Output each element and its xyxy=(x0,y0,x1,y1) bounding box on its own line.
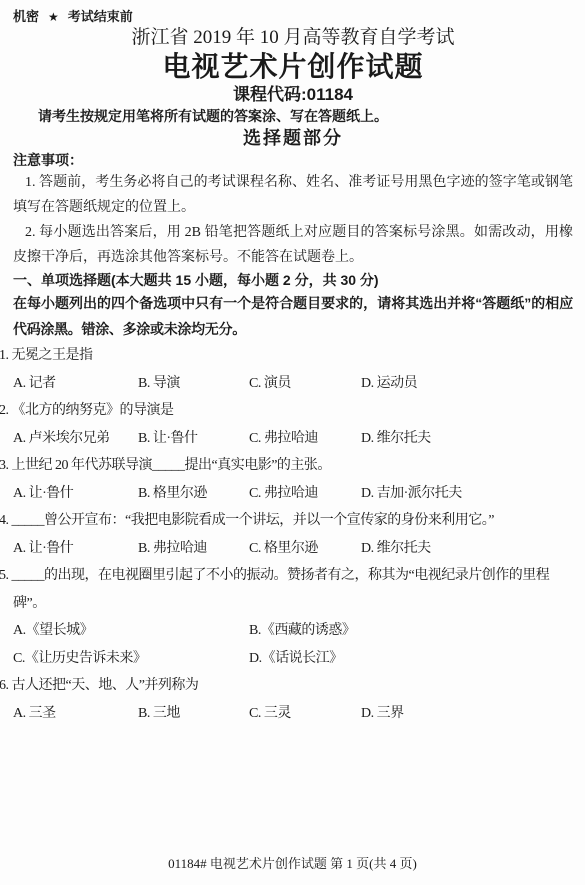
part1-instruction: 在每小题列出的四个备选项中只有一个是符合题目要求的，请将其选出并将“答题纸”的相… xyxy=(13,290,573,342)
page-footer: 01184# 电视艺术片创作试题 第 1 页(共 4 页) xyxy=(0,855,585,873)
question-body: 《北方的纳努克》的导演是 xyxy=(12,403,174,418)
question-text: 1. 无冕之王是指 xyxy=(13,342,573,370)
question-2: 2. 《北方的纳努克》的导演是 A. 卢米埃尔兄弟 B. 让·鲁什 C. 弗拉哈… xyxy=(13,397,573,452)
classification-label: 机密 xyxy=(13,9,39,24)
classification-line: 机密★考试结束前 xyxy=(13,8,573,26)
question-list: 1. 无冕之王是指 A. 记者 B. 导演 C. 演员 D. 运动员 2. 《北… xyxy=(13,342,573,727)
question-body: 上世纪 20 年代苏联导演_____提出“真实电影”的主张。 xyxy=(12,458,331,473)
option-b: B. 弗拉哈迪 xyxy=(138,535,249,563)
note-item-2: 2. 每小题选出答案后，用 2B 铅笔把答题纸上对应题目的答案标号涂黑。如需改动… xyxy=(13,220,573,270)
option-b: B. 三地 xyxy=(138,700,249,728)
part1-heading: 一、单项选择题(本大题共 15 小题，每小题 2 分，共 30 分) xyxy=(13,270,573,290)
note-item-1: 1. 答题前，考生务必将自己的考试课程名称、姓名、准考证号用黑色字迹的签字笔或钢… xyxy=(13,170,573,220)
option-a: A. 三圣 xyxy=(13,700,138,728)
question-4: 4. _____曾公开宣布：“我把电影院看成一个讲坛，并以一个宣传家的身份来利用… xyxy=(13,507,573,562)
question-3: 3. 上世纪 20 年代苏联导演_____提出“真实电影”的主张。 A. 让·鲁… xyxy=(13,452,573,507)
question-number: 6. xyxy=(0,678,9,693)
question-body: _____曾公开宣布：“我把电影院看成一个讲坛，并以一个宣传家的身份来利用它。” xyxy=(12,513,494,528)
course-code: 课程代码:01184 xyxy=(13,84,573,106)
option-b: B.《西藏的诱惑》 xyxy=(249,617,573,645)
notes-title: 注意事项： xyxy=(13,150,573,170)
question-text: 5. _____的出现，在电视圈里引起了不小的振动。赞扬者有之，称其为“电视纪录… xyxy=(13,562,573,617)
option-b: B. 导演 xyxy=(138,370,249,398)
question-6: 6. 古人还把“天、地、人”并列称为 A. 三圣 B. 三地 C. 三灵 D. … xyxy=(13,672,573,727)
option-c: C. 弗拉哈迪 xyxy=(249,425,361,453)
options-grid: A.《望长城》 B.《西藏的诱惑》 C.《让历史告诉未来》 D.《话说长江》 xyxy=(13,617,573,672)
question-number: 5. xyxy=(0,568,9,583)
options-row: A. 卢米埃尔兄弟 B. 让·鲁什 C. 弗拉哈迪 D. 维尔托夫 xyxy=(13,425,573,453)
option-a: A. 让·鲁什 xyxy=(13,535,138,563)
options-row: A. 三圣 B. 三地 C. 三灵 D. 三界 xyxy=(13,700,573,728)
question-number: 2. xyxy=(0,403,9,418)
question-body: 无冕之王是指 xyxy=(12,348,93,363)
option-d: D. 运动员 xyxy=(361,370,573,398)
option-c: C. 三灵 xyxy=(249,700,361,728)
question-body: _____的出现，在电视圈里引起了不小的振动。赞扬者有之，称其为“电视纪录片创作… xyxy=(12,568,550,611)
question-number: 4. xyxy=(0,513,9,528)
question-text: 4. _____曾公开宣布：“我把电影院看成一个讲坛，并以一个宣传家的身份来利用… xyxy=(13,507,573,535)
option-b: B. 让·鲁什 xyxy=(138,425,249,453)
confidential-star-icon: ★ xyxy=(48,8,59,26)
option-a: A. 让·鲁什 xyxy=(13,480,138,508)
question-1: 1. 无冕之王是指 A. 记者 B. 导演 C. 演员 D. 运动员 xyxy=(13,342,573,397)
exam-phase-label: 考试结束前 xyxy=(68,9,133,24)
options-row: A. 让·鲁什 B. 弗拉哈迪 C. 格里尔逊 D. 维尔托夫 xyxy=(13,535,573,563)
question-5: 5. _____的出现，在电视圈里引起了不小的振动。赞扬者有之，称其为“电视纪录… xyxy=(13,562,573,672)
option-d: D. 三界 xyxy=(361,700,573,728)
session-title: 浙江省 2019 年 10 月高等教育自学考试 xyxy=(13,26,573,50)
question-number: 3. xyxy=(0,458,9,473)
question-number: 1. xyxy=(0,348,9,363)
option-a: A. 记者 xyxy=(13,370,138,398)
pen-notice: 请考生按规定用笔将所有试题的答案涂、写在答题纸上。 xyxy=(13,106,573,126)
option-c: C.《让历史告诉未来》 xyxy=(13,645,249,673)
option-c: C. 演员 xyxy=(249,370,361,398)
option-a: A.《望长城》 xyxy=(13,617,249,645)
exam-paper-page: 机密★考试结束前 浙江省 2019 年 10 月高等教育自学考试 电视艺术片创作… xyxy=(0,0,585,885)
section-title: 选择题部分 xyxy=(13,126,573,150)
option-a: A. 卢米埃尔兄弟 xyxy=(13,425,138,453)
question-text: 6. 古人还把“天、地、人”并列称为 xyxy=(13,672,573,700)
options-row: A. 记者 B. 导演 C. 演员 D. 运动员 xyxy=(13,370,573,398)
question-body: 古人还把“天、地、人”并列称为 xyxy=(12,678,199,693)
options-row: A. 让·鲁什 B. 格里尔逊 C. 弗拉哈迪 D. 吉加·派尔托夫 xyxy=(13,480,573,508)
option-b: B. 格里尔逊 xyxy=(138,480,249,508)
question-text: 2. 《北方的纳努克》的导演是 xyxy=(13,397,573,425)
exam-title: 电视艺术片创作试题 xyxy=(13,50,573,84)
option-d: D.《话说长江》 xyxy=(249,645,573,673)
option-d: D. 维尔托夫 xyxy=(361,535,573,563)
question-text: 3. 上世纪 20 年代苏联导演_____提出“真实电影”的主张。 xyxy=(13,452,573,480)
option-c: C. 弗拉哈迪 xyxy=(249,480,361,508)
option-d: D. 维尔托夫 xyxy=(361,425,573,453)
option-c: C. 格里尔逊 xyxy=(249,535,361,563)
option-d: D. 吉加·派尔托夫 xyxy=(361,480,573,508)
